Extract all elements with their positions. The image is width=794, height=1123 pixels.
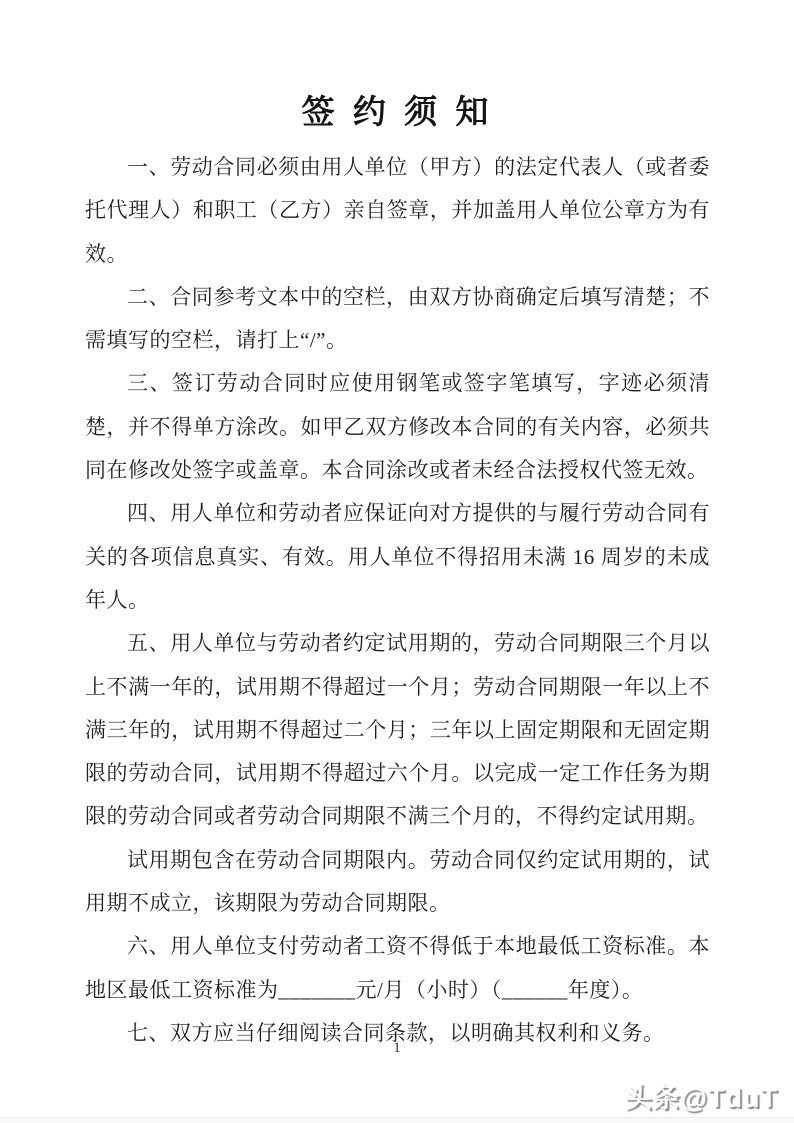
page-title: 签 约 须 知 xyxy=(85,86,710,133)
page-bottom-edge xyxy=(0,1117,794,1123)
document-page: { "page": { "title": "签 约 须 知", "paragra… xyxy=(0,0,794,1123)
paragraph-2: 二、合同参考文本中的空栏，由双方协商确定后填写清楚；不需填写的空栏，请打上“/”… xyxy=(85,276,710,363)
paragraph-4: 四、用人单位和劳动者应保证向对方提供的与履行劳动合同有关的各项信息真实、有效。用… xyxy=(85,492,710,622)
paragraph-6: 六、用人单位支付劳动者工资不得低于本地最低工资标准。本地区最低工资标准为____… xyxy=(85,925,710,1012)
page-number: 1 xyxy=(0,1040,794,1057)
paragraph-5-continuation: 试用期包含在劳动合同期限内。劳动合同仅约定试用期的，试用期不成立，该期限为劳动合… xyxy=(85,839,710,926)
paragraph-5: 五、用人单位与劳动者约定试用期的，劳动合同期限三个月以上不满一年的，试用期不得超… xyxy=(85,622,710,838)
toutiao-watermark: 头条@TduT xyxy=(625,1076,778,1115)
document-content: 签 约 须 知 一、劳动合同必须由用人单位（甲方）的法定代表人（或者委托代理人）… xyxy=(0,0,794,1055)
paragraph-3: 三、签订劳动合同时应使用钢笔或签字笔填写，字迹必须清楚，并不得单方涂改。如甲乙双… xyxy=(85,362,710,492)
document-body: 一、劳动合同必须由用人单位（甲方）的法定代表人（或者委托代理人）和职工（乙方）亲… xyxy=(85,146,710,1055)
paragraph-1: 一、劳动合同必须由用人单位（甲方）的法定代表人（或者委托代理人）和职工（乙方）亲… xyxy=(85,146,710,276)
